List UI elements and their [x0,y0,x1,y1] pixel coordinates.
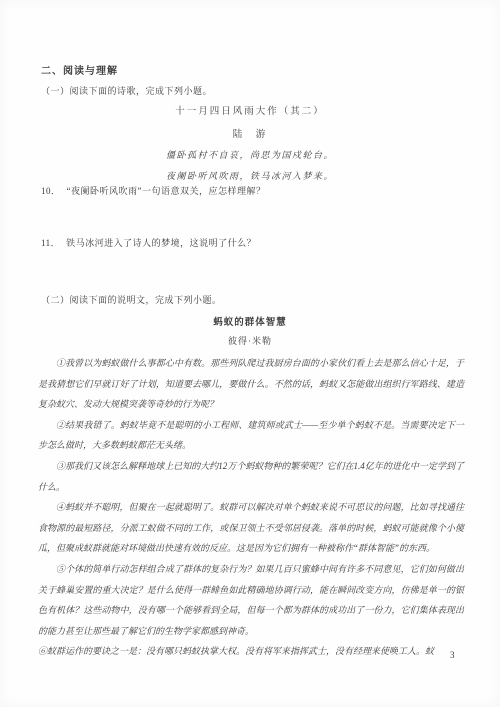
question-11-number: 11． [41,236,60,249]
article-paragraph-3: ③那我们又该怎么解释地球上已知的大约12万个蚂蚁物种的繁荣呢？它们在1.4亿年的… [38,456,464,497]
article-title: 蚂蚁的群体智慧 [0,314,500,328]
article-paragraph-1: ①我曾以为蚂蚁做什么事都心中有数。那些列队爬过我厨房台面的小家伙们看上去是那么信… [38,353,464,415]
article-paragraph-4: ④蚂蚁并不聪明，但聚在一起就聪明了。蚁群可以解决对单个蚂蚁来说不可思议的问题，比… [38,497,464,559]
page-number: 3 [450,650,455,660]
question-10-text: “夜阑卧听风吹雨”一句语意双关，应怎样理解？ [67,186,266,196]
article-body: ①我曾以为蚂蚁做什么事都心中有数。那些列队爬过我厨房台面的小家伙们看上去是那么信… [38,353,464,662]
article-paragraph-6: ⑥蚁群运作的要诀之一是：没有哪只蚂蚁执掌大权。没有将军来指挥武士，没有经理来使唤… [38,641,464,662]
article-author: 彼得·米勒 [0,334,500,347]
part2-intro: （二）阅读下面的说明文，完成下列小题。 [41,293,462,306]
question-10-number: 10． [41,184,61,197]
poem-author: 陆 游 [0,126,500,140]
question-11: 11．铁马冰河进入了诗人的梦境，这说明了什么？ [41,236,464,249]
question-11-text: 铁马冰河进入了诗人的梦境，这说明了什么？ [66,238,256,248]
article-paragraph-5: ⑤个体的简单行动怎样组合成了群体的复杂行为？如果几百只蜜蜂中间有许多不同意见，它… [38,559,464,641]
poem-title: 十一月四日风雨大作（其二） [0,103,500,117]
poem-line-1: 僵卧孤村不自哀，尚思为国戍轮台。 [0,148,500,161]
article-paragraph-2: ②结果我错了。蚂蚁毕竟不是聪明的小工程师、建筑师或武士——至少单个蚂蚁不是。当需… [38,415,464,456]
exam-paper-page: 二、阅读与理解 （一）阅读下面的诗歌，完成下列小题。 十一月四日风雨大作（其二）… [0,0,500,707]
question-10: 10．“夜阑卧听风吹雨”一句语意双关，应怎样理解？ [41,184,464,197]
section-heading: 二、阅读与理解 [41,62,462,77]
part1-intro: （一）阅读下面的诗歌，完成下列小题。 [41,84,462,97]
poem-line-2: 夜阑卧听风吹雨，铁马冰河入梦来。 [0,169,500,182]
